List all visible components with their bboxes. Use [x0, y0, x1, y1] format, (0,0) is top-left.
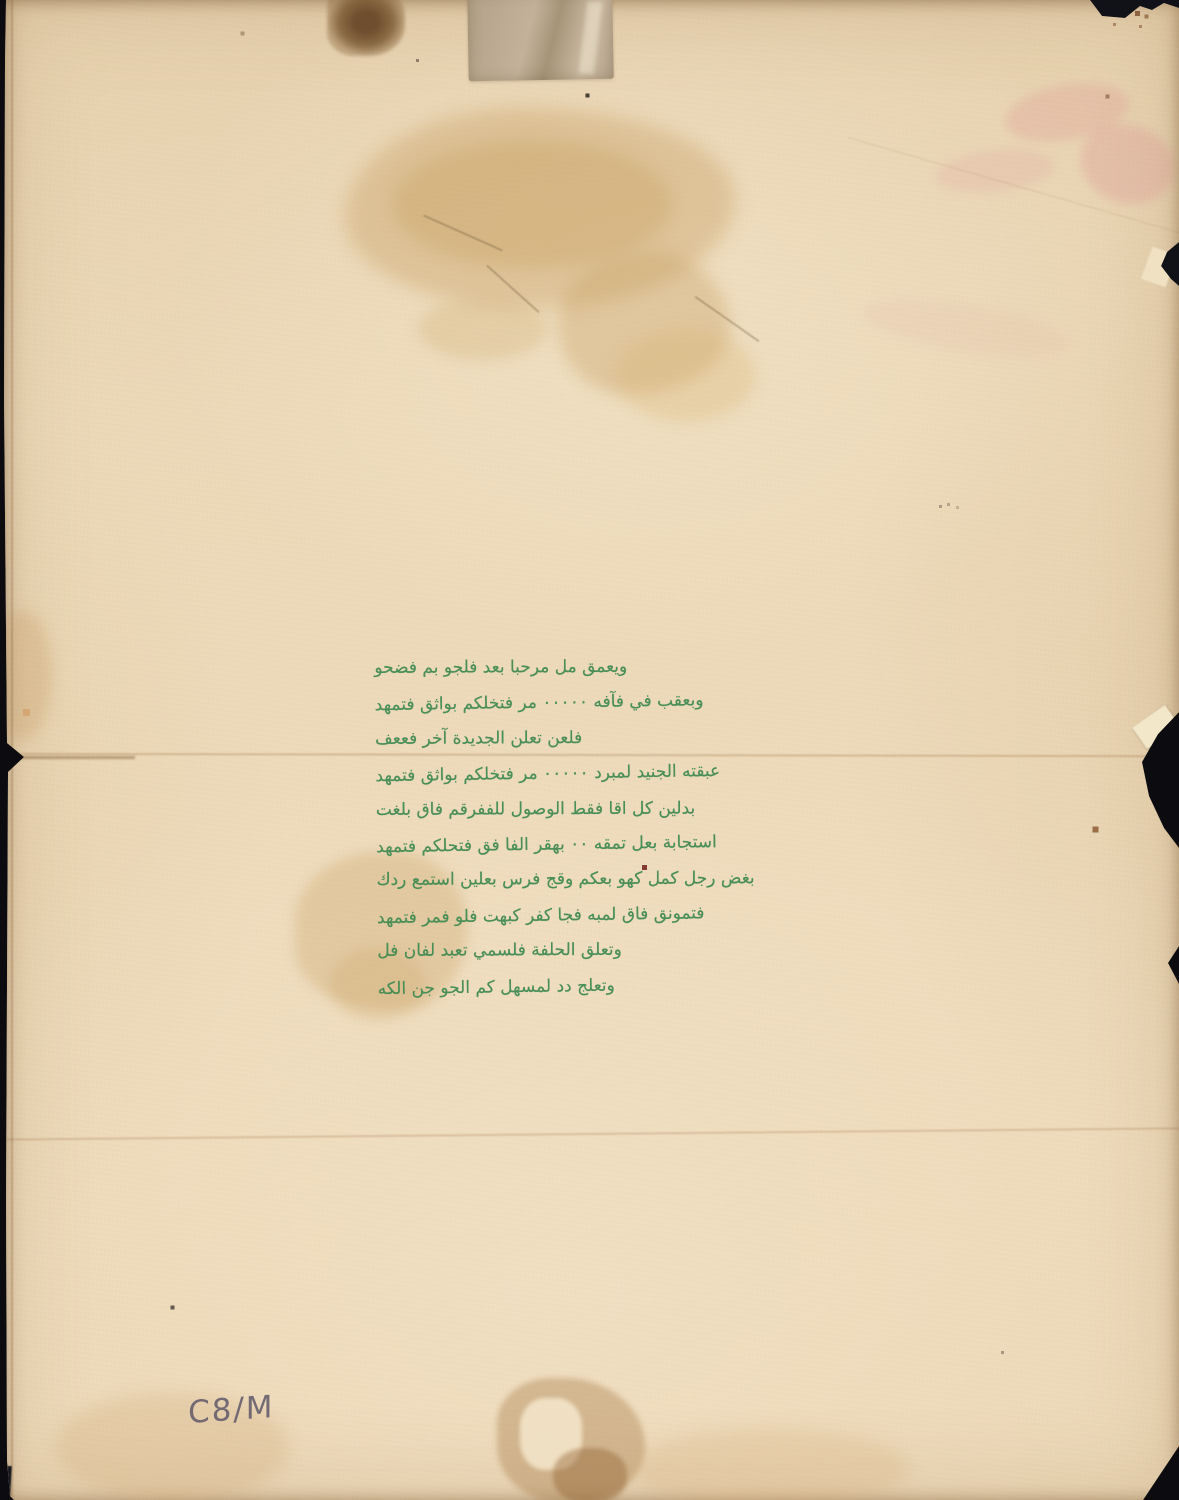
edge-dark-mark — [6, 1466, 12, 1496]
text-line: عبقته الجنيد لمبرد ٠٠٠٠٠ مر فتخلكم بواثق… — [375, 753, 805, 795]
torn-edge-chip — [1132, 705, 1179, 749]
photo-background: ويعمق مل مرحبا بعد فلجو بم فضحو وبعقب في… — [0, 0, 1179, 1500]
text-line: بدلين كل اقا فقط الوصول للففرقم فاق بلغت — [376, 791, 806, 828]
text-line: فتمونق فاق لمبه فجا كفر كبهت فلو فمر فتم… — [377, 895, 807, 937]
ink-specks — [0, 0, 1, 1]
text-line: وتعلج دد لمسهل كم الجو جن الكه — [377, 965, 807, 1007]
fold-crease-upper-dark-end — [0, 756, 135, 759]
water-stain-large-lobe — [558, 252, 730, 394]
pencil-scratch — [423, 215, 502, 252]
text-line: بغض رجل كمل كهو بعكم وقج فرس بعلين استمع… — [376, 861, 806, 898]
pencil-scratch — [486, 265, 539, 313]
pink-offset-stain — [1001, 75, 1134, 151]
tape-stain-bottom-dark — [553, 1448, 627, 1500]
brown-stain — [327, 0, 405, 56]
pink-offset-stain — [1070, 112, 1179, 216]
text-line: وتعلق الحلفة فلسمي تعبد لفان فل — [377, 932, 807, 969]
pencil-scratch — [694, 296, 759, 342]
water-stain-large-lobe — [616, 330, 756, 422]
water-stain-large-lobe — [418, 298, 548, 360]
tape-stain-bottom-light — [520, 1398, 582, 1470]
water-stain-large — [345, 108, 735, 308]
tape-residue-patch — [467, 0, 614, 81]
tape-crinkle-highlight — [579, 1, 603, 74]
fold-crease-lower — [0, 1127, 1179, 1140]
torn-edge-chip — [1141, 247, 1177, 288]
text-line: ويعمق مل مرحبا بعد فلجو بم فضحو — [374, 649, 804, 686]
pink-offset-stain — [858, 289, 1073, 367]
left-edge-crease — [11, 0, 13, 1500]
water-stain-bottom-right — [630, 1428, 910, 1500]
shelfmark-annotation: C8/M — [188, 1389, 274, 1431]
manuscript-text-block: ويعمق مل مرحبا بعد فلجو بم فضحو وبعقب في… — [374, 648, 808, 1006]
text-line: وبعقب في فآفه ٠٠٠٠٠ مر فتخلكم بواثق فتمه… — [374, 682, 804, 724]
pink-offset-stain — [933, 144, 1057, 198]
tape-stain-bottom — [497, 1378, 645, 1500]
paper-sheet: ويعمق مل مرحبا بعد فلجو بم فضحو وبعقب في… — [0, 0, 1179, 1500]
diagonal-crease — [848, 137, 1179, 254]
text-line: استجابة بعل تمقه ٠٠ بهقر الفا فق فتحلكم … — [376, 824, 806, 866]
text-line: فلعن تعلن الجديدة آخر فععف — [375, 720, 805, 757]
edge-stain-left — [0, 610, 52, 740]
water-stain-large-core — [392, 140, 672, 268]
